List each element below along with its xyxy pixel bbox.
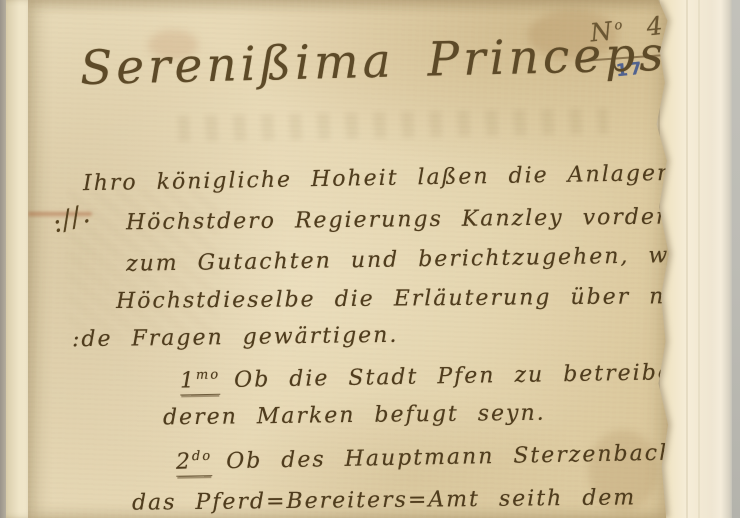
ink-bleed-through — [178, 108, 608, 142]
manuscript-line: deren Marken befugt seyn. — [163, 401, 546, 431]
manuscript-page: No 4. 17 Serenißima Princeps ://. Ihro k… — [28, 0, 670, 518]
item-number: 1mo — [180, 368, 221, 394]
manuscript-line: Ihro königliche Hoheit laßen die Anlagen — [83, 161, 674, 196]
manuscript-line: :de Fragen gewärtigen. — [72, 323, 399, 353]
manuscript-text: Ob die Stadt Pfen zu betreiben — [234, 360, 689, 393]
page-seam — [686, 0, 688, 518]
manuscript-line: Höchstdieselbe die Erläuterung über nach… — [116, 283, 740, 314]
item-number: 2do — [176, 449, 213, 475]
manuscript-line: Höchstdero Regierungs Kanzley vordersams… — [126, 204, 740, 235]
manuscript-scan: No 4. 17 Serenißima Princeps ://. Ihro k… — [0, 0, 740, 518]
manuscript-line: das Pferd=Bereiters=Amt seith dem — [132, 485, 636, 515]
page-seam — [698, 0, 700, 518]
parchment-surface: No 4. 17 Serenißima Princeps ://. Ihro k… — [28, 0, 670, 518]
manuscript-line: 1moOb die Stadt Pfen zu betreiben — [180, 360, 689, 394]
